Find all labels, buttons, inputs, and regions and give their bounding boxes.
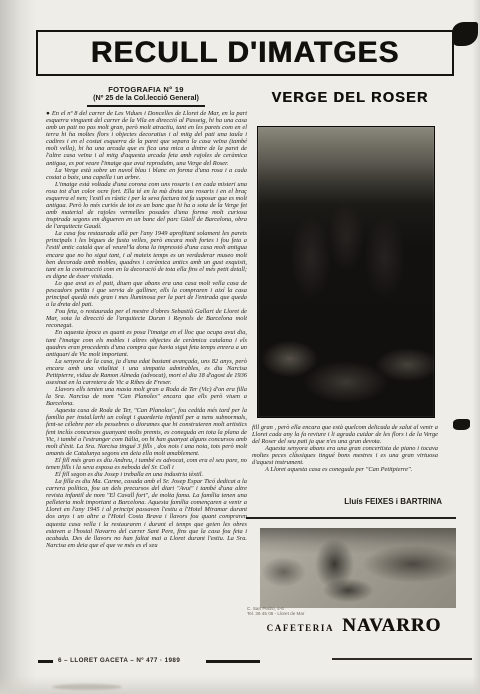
article-paragraph: Llavors ells tenien una masia molt gran … [46,386,247,407]
article-right-column: fill gran , però ella encara que està qu… [252,424,438,474]
article-paragraph: ● En el nº 8 del carrer de Les Vidues i … [46,110,247,167]
article-paragraph: La senyora de la casa, ja d'una edat bas… [46,358,247,386]
article-paragraph: La filla es diu Ma. Carme, casada amb el… [46,478,247,549]
article-left-column: ● En el nº 8 del carrer de Les Vidues i … [46,110,247,549]
footer-rule-mid [206,660,260,663]
ad-brand-line: CAFETERIA NAVARRO [252,615,456,637]
article-paragraph: fill gran , però ella encara que està qu… [252,424,438,445]
article-paragraph: Aquesta casa de Roda de Ter, "Can Planol… [46,407,247,457]
article-paragraph: Aquesta senyora abans era una gran conce… [252,445,438,466]
scan-edge-shadow-left [0,0,36,694]
masthead-box: RECULL D'IMATGES [36,30,454,76]
article-paragraph: En aquesta època es quant es posa l'imat… [46,329,247,357]
page-title: RECULL D'IMATGES [91,36,400,70]
footer-rule-right [332,658,472,660]
article-paragraph: El fill segon es diu Josep i treballa en… [46,471,247,478]
article-paragraph: A Lloret aquesta casa es coneguda per "C… [252,466,438,473]
ad-brand-type: CAFETERIA [267,623,334,633]
ad-brand-name: NAVARRO [342,615,441,637]
article-paragraph: Fou feta, o restaurada per el mestre d'o… [46,308,247,329]
footer-page-info: 6 – LLORET GACETA – Nº 477 · 1989 [58,657,180,664]
author-signature: Lluís FEIXES i BARTRINA [252,497,442,506]
article-paragraph: L'imatge està voltada d'una corona com u… [46,181,247,231]
footer-rule-left [38,660,53,663]
scanned-page: RECULL D'IMATGES FOTOGRAFIA Nº 19 (Nº 25… [0,0,480,694]
scan-artifact-bottom [52,684,122,690]
label-underline [87,105,205,107]
article-paragraph: Lo que avui es el pati, diuen que abans … [46,280,247,308]
scan-edge-shadow-right [472,0,480,694]
article-headline: VERGE DEL ROSER [252,90,448,106]
ad-separator-rule [246,517,456,519]
article-paragraph: La casa fou restaurada allà per l'any 19… [46,230,247,280]
collection-number-label: (Nº 25 de la Col.lecció General) [46,94,246,103]
article-paragraph: La Verge està sobre un nuvol blau i blan… [46,167,247,181]
scan-artifact-right-edge [453,419,470,430]
cafeteria-interior-photo [260,528,456,608]
photo-number-block: FOTOGRAFIA Nº 19 (Nº 25 de la Col.lecció… [46,85,246,107]
verge-del-roser-photo [257,126,435,418]
article-paragraph: El fill més gran es diu Andreu, i també … [46,457,247,471]
